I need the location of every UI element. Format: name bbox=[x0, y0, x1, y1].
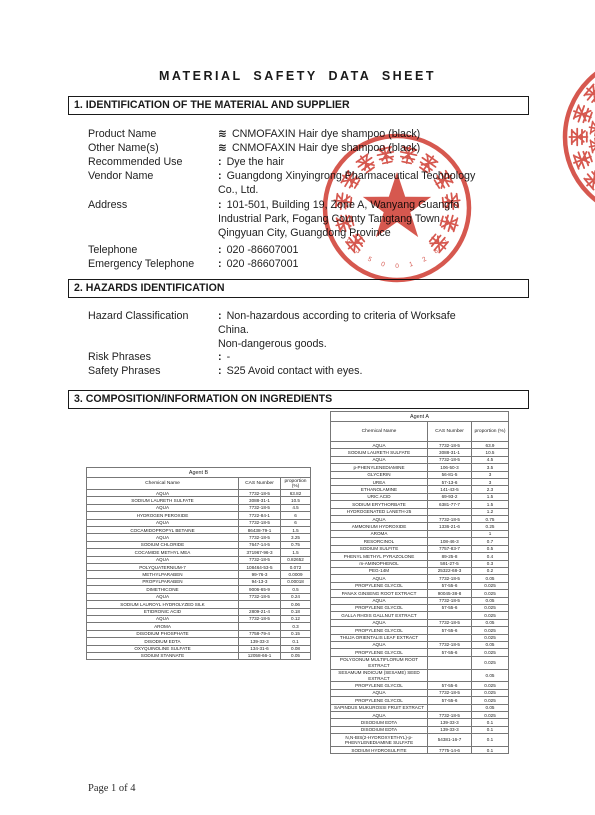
table-cell: 0.25 bbox=[472, 523, 509, 530]
table-cell: DISODIUM EDTA bbox=[331, 726, 428, 733]
table-cell: GLYCERIN bbox=[331, 471, 428, 478]
table-row: AQUA7732-18-50.24 bbox=[87, 593, 311, 600]
table-cell: SODIUM STANNATE bbox=[87, 652, 239, 659]
table-cell: 3 bbox=[472, 479, 509, 486]
field-label: Safety Phrases bbox=[88, 364, 160, 378]
table-cell: 7732-18-5 bbox=[428, 442, 472, 449]
field-address: Address :101-501, Building 19, Zone A, W… bbox=[88, 198, 533, 240]
table-row: SODIUM CHLORIDE7647-14-50.75 bbox=[87, 541, 311, 548]
table-cell: 106-50-3 bbox=[428, 464, 472, 471]
table-cell: 0.05 bbox=[472, 575, 509, 582]
table-row: AROMA1 bbox=[331, 530, 509, 537]
table-row: GLYCERIN56-81-53 bbox=[331, 471, 509, 478]
table-cell: AQUA bbox=[87, 593, 239, 600]
table-row: HYDROGEN PEROXIDE7722-84-16 bbox=[87, 512, 311, 519]
table-cell bbox=[428, 612, 472, 619]
table-row: AQUA7732-18-50.12 bbox=[87, 615, 311, 622]
table-cell: DISODIUM EDTA bbox=[87, 638, 239, 645]
table-row: AQUA7732-18-50.05 bbox=[331, 597, 509, 604]
field-separator: : bbox=[218, 244, 222, 256]
table-row: DIMETHICONE9006-65-90.5 bbox=[87, 586, 311, 593]
table-cell: 0.072 bbox=[281, 564, 311, 571]
table-cell: OXYQUINOLINE SULFATE bbox=[87, 645, 239, 652]
table-cell: 6 bbox=[281, 512, 311, 519]
table-cell: PROPYLENE GLYCOL bbox=[331, 697, 428, 704]
table-cell: 0.00018 bbox=[281, 578, 311, 585]
table-cell: 57-55-6 bbox=[428, 627, 472, 634]
field-separator: : bbox=[218, 351, 222, 363]
table-row: ETIDRONIC ACID2809-21-40.18 bbox=[87, 608, 311, 615]
table-row: AQUA7732-18-50.05 bbox=[331, 619, 509, 626]
column-header: CAS Number bbox=[428, 422, 472, 442]
table-cell bbox=[428, 634, 472, 641]
agent-b-table: Agent BChemical NameCAS Numberproportion… bbox=[86, 467, 311, 660]
table-cell: 7757-83-7 bbox=[428, 545, 472, 552]
field-value: 020 -86607001 bbox=[227, 258, 299, 270]
table-cell: 0.1 bbox=[472, 734, 509, 747]
table-cell: 0.15 bbox=[281, 630, 311, 637]
field-value: CNMOFAXIN Hair dye shampoo (black) bbox=[232, 142, 420, 154]
table-cell: PROPYLPARABEN bbox=[87, 578, 239, 585]
table-cell: 3.25 bbox=[281, 534, 311, 541]
column-header: CAS Number bbox=[239, 478, 281, 490]
table-cell: 7647-14-5 bbox=[239, 541, 281, 548]
table-cell: SAPINDUS MUKUROSSI FRUIT EXTRACT bbox=[331, 704, 428, 711]
table-title: Agent A bbox=[331, 412, 509, 422]
table-cell: 57-13-6 bbox=[428, 479, 472, 486]
column-header: proportion (%) bbox=[472, 422, 509, 442]
table-cell: m-AMINOPHENOL bbox=[331, 560, 428, 567]
table-row: AQUA7732-18-50.75 bbox=[331, 516, 509, 523]
table-row: SODIUM STANNATE12058-66-10.05 bbox=[87, 652, 311, 659]
table-row: RESORCINOL108-46-30.7 bbox=[331, 538, 509, 545]
table-cell: 0.06 bbox=[281, 601, 311, 608]
table-row: PROPYLENE GLYCOL57-55-60.025 bbox=[331, 582, 509, 589]
column-header: Chemical Name bbox=[87, 478, 239, 490]
table-cell: 0.05 bbox=[281, 652, 311, 659]
table-cell: PROPYLENE GLYCOL bbox=[331, 582, 428, 589]
table-cell: 10.5 bbox=[472, 449, 509, 456]
table-row: p-PHENYLENEDIAMINE106-50-33.5 bbox=[331, 464, 509, 471]
table-cell: AQUA bbox=[87, 519, 239, 526]
table-cell: COCAMIDE METHYL MEA bbox=[87, 549, 239, 556]
field-telephone: Telephone :020 -86607001 bbox=[88, 243, 533, 257]
table-row: AQUA7732-18-53.25 bbox=[87, 534, 311, 541]
field-separator: : bbox=[218, 170, 222, 182]
table-cell: 7732-18-5 bbox=[239, 556, 281, 563]
table-cell: AQUA bbox=[331, 442, 428, 449]
table-cell: 12058-66-1 bbox=[239, 652, 281, 659]
table-row: AQUA7732-18-563.9 bbox=[331, 442, 509, 449]
table-cell: 7732-18-5 bbox=[428, 712, 472, 719]
table-cell: PROPYLENE GLYCOL bbox=[331, 627, 428, 634]
table-row: OXYQUINOLINE SULFATE134-31-60.08 bbox=[87, 645, 311, 652]
table-row: N,N-BIS(2-HYDROXYETHYL)-p-PHENYLENEDIAMI… bbox=[331, 734, 509, 747]
table-cell: 1.2 bbox=[472, 508, 509, 515]
table-row: SODIUM LAURETH SULFATE3088-31-110.5 bbox=[87, 497, 311, 504]
table-cell: 94-13-3 bbox=[239, 578, 281, 585]
table-row: PANAX GINSENG ROOT EXTRACT90045-38-80.02… bbox=[331, 590, 509, 597]
table-cell: 1.5 bbox=[281, 549, 311, 556]
table-cell: 0.5 bbox=[472, 545, 509, 552]
table-cell: 1336-21-6 bbox=[428, 523, 472, 530]
table-cell: SODIUM HYDROSULFITE bbox=[331, 747, 428, 754]
table-cell: 69-93-2 bbox=[428, 493, 472, 500]
table-cell: 3 bbox=[472, 471, 509, 478]
table-cell: 0.1 bbox=[472, 747, 509, 754]
table-row: AQUA7732-18-563.82 bbox=[87, 490, 311, 497]
table-cell: 0.05 bbox=[472, 597, 509, 604]
table-cell: AROMA bbox=[87, 623, 239, 630]
field-value: S25 Avoid contact with eyes. bbox=[227, 365, 363, 377]
table-row: SAPINDUS MUKUROSSI FRUIT EXTRACT0.05 bbox=[331, 704, 509, 711]
table-cell bbox=[428, 656, 472, 669]
table-row: PROPYLENE GLYCOL57-55-60.025 bbox=[331, 627, 509, 634]
table-cell: 57-55-6 bbox=[428, 649, 472, 656]
table-cell: 86438-79-1 bbox=[239, 527, 281, 534]
table-cell: AQUA bbox=[87, 504, 239, 511]
field-separator: : bbox=[218, 365, 222, 377]
table-row: UREA57-13-63 bbox=[331, 479, 509, 486]
table-cell: 4.5 bbox=[472, 456, 509, 463]
table-cell bbox=[428, 508, 472, 515]
field-value: Non-hazardous according to criteria of W… bbox=[218, 310, 456, 350]
table-row: PROPYLENE GLYCOL57-55-60.025 bbox=[331, 697, 509, 704]
field-label: Hazard Classification bbox=[88, 309, 188, 323]
agent-a-table: Agent AChemical NameCAS Numberproportion… bbox=[330, 411, 509, 754]
table-cell: 2.3 bbox=[472, 486, 509, 493]
table-cell: 0.1 bbox=[472, 719, 509, 726]
table-cell: 0.025 bbox=[472, 712, 509, 719]
table-cell: 0.7 bbox=[472, 538, 509, 545]
table-row: POLYGONUM MULTIFLORUM ROOT EXTRACT0.025 bbox=[331, 656, 509, 669]
table-cell: 3088-31-1 bbox=[428, 449, 472, 456]
table-row: COCAMIDOPROPYL BETAINE86438-79-11.5 bbox=[87, 527, 311, 534]
table-cell: 0.05 bbox=[472, 704, 509, 711]
table-cell: AQUA bbox=[87, 556, 239, 563]
table-cell: 3088-31-1 bbox=[239, 497, 281, 504]
table-cell: AQUA bbox=[87, 534, 239, 541]
table-row: METHYLPARABEN99-76-30.0009 bbox=[87, 571, 311, 578]
table-cell: RESORCINOL bbox=[331, 538, 428, 545]
field-safety-phrases: Safety Phrases :S25 Avoid contact with e… bbox=[88, 364, 533, 378]
table-row: PROPYLPARABEN94-13-30.00018 bbox=[87, 578, 311, 585]
table-cell: 56-81-5 bbox=[428, 471, 472, 478]
table-cell: 0.025 bbox=[472, 627, 509, 634]
table-cell: HYDROGEN PEROXIDE bbox=[87, 512, 239, 519]
table-title: Agent B bbox=[87, 468, 311, 478]
table-cell: 1.5 bbox=[281, 527, 311, 534]
table-cell: ETHANOLAMINE bbox=[331, 486, 428, 493]
msds-page: { "page": { "title": "MATERIAL SAFETY DA… bbox=[0, 0, 595, 815]
table-row: DISODIUM EDTA139-33-30.1 bbox=[331, 726, 509, 733]
table-cell: UREA bbox=[331, 479, 428, 486]
table-cell: 6381-77-7 bbox=[428, 501, 472, 508]
table-cell: 0.025 bbox=[472, 582, 509, 589]
table-cell: 57-55-6 bbox=[428, 582, 472, 589]
table-row: AQUA7732-18-50.05 bbox=[331, 575, 509, 582]
table-cell: 0.5 bbox=[281, 586, 311, 593]
table-cell: 7758-79-4 bbox=[239, 630, 281, 637]
table-cell: 139-33-3 bbox=[239, 638, 281, 645]
table-row: SODIUM ERYTHORBATE6381-77-71.5 bbox=[331, 501, 509, 508]
table-cell: 7732-18-5 bbox=[239, 534, 281, 541]
table-cell: PHENYL METHYL PYRAZOLONE bbox=[331, 553, 428, 560]
table-cell: AQUA bbox=[331, 456, 428, 463]
table-cell: N,N-BIS(2-HYDROXYETHYL)-p-PHENYLENEDIAMI… bbox=[331, 734, 428, 747]
table-cell: 7775-14-6 bbox=[428, 747, 472, 754]
table-cell: 6 bbox=[281, 519, 311, 526]
table-cell: 0.025 bbox=[472, 604, 509, 611]
table-cell: SESAMUM INDICUM (SESAME) SEED EXTRACT bbox=[331, 669, 428, 682]
field-separator: : bbox=[218, 156, 222, 168]
table-cell: 0.025 bbox=[472, 689, 509, 696]
section-1-header: 1. IDENTIFICATION OF THE MATERIAL AND SU… bbox=[68, 96, 529, 115]
table-cell: 0.1 bbox=[472, 726, 509, 733]
table-row: PEG-14M25322-68-30.2 bbox=[331, 567, 509, 574]
table-row: AQUA7732-18-56 bbox=[87, 519, 311, 526]
table-cell: 0.05 bbox=[472, 641, 509, 648]
table-cell: 3.5 bbox=[472, 464, 509, 471]
table-cell: 7732-18-5 bbox=[239, 504, 281, 511]
table-cell bbox=[239, 623, 281, 630]
table-cell: 0.025 bbox=[472, 634, 509, 641]
table-cell: 63.9 bbox=[472, 442, 509, 449]
table-cell: AQUA bbox=[331, 575, 428, 582]
field-risk-phrases: Risk Phrases :- bbox=[88, 350, 533, 364]
table-cell: 0.05 bbox=[472, 619, 509, 626]
table-cell: URIC ACID bbox=[331, 493, 428, 500]
table-cell bbox=[239, 601, 281, 608]
column-header: Chemical Name bbox=[331, 422, 428, 442]
table-cell: AQUA bbox=[331, 641, 428, 648]
table-cell: 7732-18-5 bbox=[428, 689, 472, 696]
table-cell: 139-33-3 bbox=[428, 726, 472, 733]
table-cell: 25322-68-3 bbox=[428, 567, 472, 574]
table-cell: PANAX GINSENG ROOT EXTRACT bbox=[331, 590, 428, 597]
table-cell: 7722-84-1 bbox=[239, 512, 281, 519]
table-cell: SODIUM LAURETH SULFATE bbox=[331, 449, 428, 456]
table-cell: AQUA bbox=[331, 597, 428, 604]
table-cell: SODIUM LAUROYL HYDROLYZED SILK bbox=[87, 601, 239, 608]
table-cell: PEG-14M bbox=[331, 567, 428, 574]
stamp-ring-characters bbox=[569, 82, 595, 192]
table-row: SODIUM LAUROYL HYDROLYZED SILK0.06 bbox=[87, 601, 311, 608]
table-row: AQUA7732-18-50.025 bbox=[331, 712, 509, 719]
table-cell: HYDROGENATED LANETH-25 bbox=[331, 508, 428, 515]
table-cell: METHYLPARABEN bbox=[87, 571, 239, 578]
table-row: GALLA RHOIS GALLNUT EXTRACT0.025 bbox=[331, 612, 509, 619]
table-row: SODIUM LAURETH SULFATE3088-31-110.5 bbox=[331, 449, 509, 456]
table-cell: 7732-18-5 bbox=[428, 575, 472, 582]
table-cell: SODIUM CHLORIDE bbox=[87, 541, 239, 548]
field-value: 101-501, Building 19, Zone A, Wanyang Gu… bbox=[218, 199, 459, 239]
table-cell: PROPYLENE GLYCOL bbox=[331, 649, 428, 656]
table-row: AQUA7732-18-50.025 bbox=[331, 689, 509, 696]
table-cell: AQUA bbox=[331, 689, 428, 696]
table-cell: AQUA bbox=[331, 516, 428, 523]
table-cell bbox=[428, 669, 472, 682]
table-row: AQUA7732-18-50.05 bbox=[331, 641, 509, 648]
table-row: PROPYLENE GLYCOL57-55-60.025 bbox=[331, 649, 509, 656]
table-cell: 57-55-6 bbox=[428, 697, 472, 704]
table-cell: 7732-18-5 bbox=[239, 490, 281, 497]
table-row: AQUA7732-18-50.82652 bbox=[87, 556, 311, 563]
table-cell: 7732-18-5 bbox=[428, 619, 472, 626]
column-header: proportion (%) bbox=[281, 478, 311, 490]
table-cell: 141-43-5 bbox=[428, 486, 472, 493]
table-cell: PROPYLENE GLYCOL bbox=[331, 604, 428, 611]
table-cell: 0.1 bbox=[281, 638, 311, 645]
table-cell bbox=[428, 530, 472, 537]
table-cell: 99-76-3 bbox=[239, 571, 281, 578]
section-2-header: 2. HAZARDS IDENTIFICATION bbox=[68, 279, 529, 298]
table-cell: 7732-18-5 bbox=[428, 597, 472, 604]
document-title: MATERIAL SAFETY DATA SHEET bbox=[0, 69, 595, 83]
field-value: - bbox=[227, 351, 231, 363]
table-cell: 0.025 bbox=[472, 590, 509, 597]
field-value: Guangdong Xinyingrong Pharmaceutical Tec… bbox=[218, 170, 475, 196]
table-cell: 0.3 bbox=[281, 623, 311, 630]
section-3-header: 3. COMPOSITION/INFORMATION ON INGREDIENT… bbox=[68, 390, 529, 409]
table-cell: 7732-18-5 bbox=[428, 456, 472, 463]
table-cell: 10.5 bbox=[281, 497, 311, 504]
table-cell: AQUA bbox=[331, 619, 428, 626]
table-cell: AQUA bbox=[87, 615, 239, 622]
field-label: Product Name bbox=[88, 127, 156, 141]
table-cell: ETIDRONIC ACID bbox=[87, 608, 239, 615]
table-cell: 0.18 bbox=[281, 608, 311, 615]
table-cell: GALLA RHOIS GALLNUT EXTRACT bbox=[331, 612, 428, 619]
field-vendor-name: Vendor Name :Guangdong Xinyingrong Pharm… bbox=[88, 169, 533, 197]
table-cell: 0.05 bbox=[472, 669, 509, 682]
table-cell: 57-55-6 bbox=[428, 682, 472, 689]
table-row: ETHANOLAMINE141-43-52.3 bbox=[331, 486, 509, 493]
table-row: PHENYL METHYL PYRAZOLONE89-25-80.4 bbox=[331, 553, 509, 560]
table-cell: 0.82652 bbox=[281, 556, 311, 563]
table-row: SESAMUM INDICUM (SESAME) SEED EXTRACT0.0… bbox=[331, 669, 509, 682]
table-cell: 0.12 bbox=[281, 615, 311, 622]
table-cell: 63.82 bbox=[281, 490, 311, 497]
page-number: Page 1 of 4 bbox=[88, 783, 136, 794]
table-cell: 0.025 bbox=[472, 656, 509, 669]
table-cell: 7732-18-5 bbox=[239, 615, 281, 622]
field-label: Address bbox=[88, 198, 127, 212]
table-row: PROPYLENE GLYCOL57-55-60.025 bbox=[331, 604, 509, 611]
table-cell: 9006-65-9 bbox=[239, 586, 281, 593]
table-row: DISODIUM EDTA139-33-30.1 bbox=[87, 638, 311, 645]
table-cell: SODIUM ERYTHORBATE bbox=[331, 501, 428, 508]
table-cell: 89-25-8 bbox=[428, 553, 472, 560]
field-value: 020 -86607001 bbox=[227, 244, 299, 256]
table-cell: 0.0009 bbox=[281, 571, 311, 578]
table-cell: 0.025 bbox=[472, 682, 509, 689]
table-cell: AQUA bbox=[331, 712, 428, 719]
table-cell bbox=[428, 704, 472, 711]
table-cell: AQUA bbox=[87, 490, 239, 497]
table-cell: 7732-18-5 bbox=[428, 516, 472, 523]
field-value: Dye the hair bbox=[227, 156, 285, 168]
table-cell: 0.75 bbox=[281, 541, 311, 548]
field-label: Telephone bbox=[88, 243, 137, 257]
table-cell: 7732-18-5 bbox=[428, 641, 472, 648]
field-separator: : bbox=[218, 258, 222, 270]
field-label: Vendor Name bbox=[88, 169, 153, 183]
field-emergency-telephone: Emergency Telephone :020 -86607001 bbox=[88, 257, 533, 271]
table-cell: 90045-38-8 bbox=[428, 590, 472, 597]
field-product-name: Product Name ≋CNMOFAXIN Hair dye shampoo… bbox=[88, 127, 533, 141]
table-cell: 1.5 bbox=[472, 493, 509, 500]
table-cell: 108464-53-5 bbox=[239, 564, 281, 571]
table-row: URIC ACID69-93-21.5 bbox=[331, 493, 509, 500]
table-cell: 591-27-5 bbox=[428, 560, 472, 567]
field-label: Risk Phrases bbox=[88, 350, 151, 364]
table-cell: SODIUM SULFITE bbox=[331, 545, 428, 552]
field-separator: : bbox=[218, 310, 222, 322]
table-cell: 0.025 bbox=[472, 649, 509, 656]
table-row: SODIUM SULFITE7757-83-70.5 bbox=[331, 545, 509, 552]
table-cell: 0.2 bbox=[472, 567, 509, 574]
table-row: PROPYLENE GLYCOL57-55-60.025 bbox=[331, 682, 509, 689]
table-cell: 0.3 bbox=[472, 560, 509, 567]
table-cell: 0.4 bbox=[472, 553, 509, 560]
table-row: AMMONIUM HYDROXIDE1336-21-60.25 bbox=[331, 523, 509, 530]
field-label: Emergency Telephone bbox=[88, 257, 194, 271]
table-cell: 7732-18-5 bbox=[239, 519, 281, 526]
table-row: m-AMINOPHENOL591-27-50.3 bbox=[331, 560, 509, 567]
table-cell: 0.08 bbox=[281, 645, 311, 652]
table-cell: AMMONIUM HYDROXIDE bbox=[331, 523, 428, 530]
table-cell: DIMETHICONE bbox=[87, 586, 239, 593]
field-label: Recommended Use bbox=[88, 155, 182, 169]
table-row: DISODIUM EDTA139-33-30.1 bbox=[331, 719, 509, 726]
table-row: AQUA7732-18-54.5 bbox=[331, 456, 509, 463]
table-row: THUJA ORIENTALIS LEAF EXTRACT0.025 bbox=[331, 634, 509, 641]
table-cell: 7732-18-5 bbox=[239, 593, 281, 600]
table-cell: 108-46-3 bbox=[428, 538, 472, 545]
field-separator: : bbox=[218, 199, 222, 211]
table-cell: 1.5 bbox=[472, 501, 509, 508]
table-cell: 0.025 bbox=[472, 612, 509, 619]
table-cell: AROMA bbox=[331, 530, 428, 537]
field-separator: ≋ bbox=[218, 128, 227, 140]
table-cell: 139-33-3 bbox=[428, 719, 472, 726]
table-cell: THUJA ORIENTALIS LEAF EXTRACT bbox=[331, 634, 428, 641]
table-cell: POLYQUATERNIUM-7 bbox=[87, 564, 239, 571]
field-value: CNMOFAXIN Hair dye shampoo (black) bbox=[232, 128, 420, 140]
table-row: COCAMIDE METHYL MEA371967-96-31.5 bbox=[87, 549, 311, 556]
table-cell: DISODIUM PHOSPHATE bbox=[87, 630, 239, 637]
field-separator: ≋ bbox=[218, 142, 227, 154]
table-cell: 0.75 bbox=[472, 516, 509, 523]
field-recommended-use: Recommended Use :Dye the hair bbox=[88, 155, 533, 169]
table-cell: DISODIUM EDTA bbox=[331, 719, 428, 726]
table-cell: 134-31-6 bbox=[239, 645, 281, 652]
field-other-names: Other Name(s) ≋CNMOFAXIN Hair dye shampo… bbox=[88, 141, 533, 155]
table-cell: 1 bbox=[472, 530, 509, 537]
table-cell: 0.025 bbox=[472, 697, 509, 704]
table-cell: COCAMIDOPROPYL BETAINE bbox=[87, 527, 239, 534]
table-cell: p-PHENYLENEDIAMINE bbox=[331, 464, 428, 471]
table-row: AQUA7732-18-54.5 bbox=[87, 504, 311, 511]
table-cell: PROPYLENE GLYCOL bbox=[331, 682, 428, 689]
table-row: POLYQUATERNIUM-7108464-53-50.072 bbox=[87, 564, 311, 571]
field-label: Other Name(s) bbox=[88, 141, 159, 155]
table-cell: 4.5 bbox=[281, 504, 311, 511]
table-row: HYDROGENATED LANETH-251.2 bbox=[331, 508, 509, 515]
table-cell: 57-55-6 bbox=[428, 604, 472, 611]
field-hazard-classification: Hazard Classification :Non-hazardous acc… bbox=[88, 309, 533, 351]
